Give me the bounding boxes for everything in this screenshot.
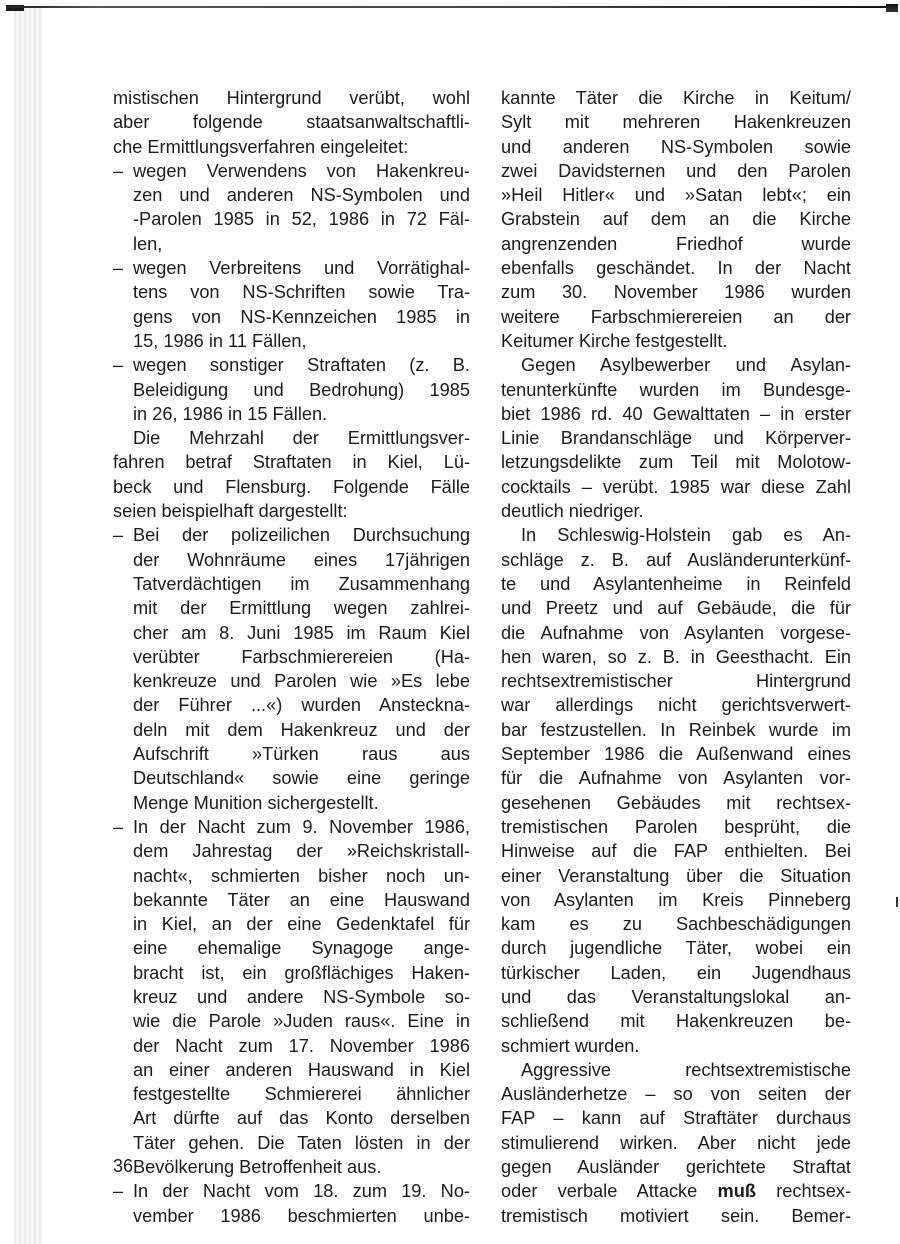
scan-edge-mark-right <box>886 4 898 12</box>
list-dash: – <box>113 159 123 183</box>
text-line: der Nacht zum 17. November 1986 <box>113 1034 470 1058</box>
text-line: festgestellte Schmiererei ähnlicher <box>113 1082 470 1106</box>
text-line: Sylt mit mehreren Hakenkreuzen <box>501 110 851 134</box>
text-line: September 1986 die Außenwand eines <box>501 742 851 766</box>
text-line: bracht ist, ein großflächiges Haken- <box>113 961 470 985</box>
text-line: letzungsdelikte zum Teil mit Molotow- <box>501 450 851 474</box>
text-line: bar festzustellen. In Reinbek wurde im <box>501 718 851 742</box>
list-dash: – <box>113 815 123 839</box>
text-line: len, <box>113 232 470 256</box>
text-line: Beleidigung und Bedrohung) 1985 <box>113 378 470 402</box>
text-line: Ausländerhetze – so von seiten der <box>501 1082 851 1106</box>
text-line: gens von NS-Kennzeichen 1985 in <box>113 305 470 329</box>
text-line: bekannte Täter an eine Hauswand <box>113 888 470 912</box>
text-line: Deutschland« sowie eine geringe <box>113 766 470 790</box>
text-line: der Wohnräume eines 17jährigen <box>113 548 470 572</box>
text-line: in 26, 1986 in 15 Fällen. <box>113 402 470 426</box>
text-line: deutlich niedriger. <box>501 499 851 523</box>
text-line: zwei Davidsternen und den Parolen <box>501 159 851 183</box>
text-line: Art dürfte auf das Konto derselben <box>113 1106 470 1130</box>
text-line: gesehenen Gebäudes mit rechtsex- <box>501 791 851 815</box>
text-line: –Bei der polizeilichen Durchsuchung <box>113 523 470 547</box>
list-dash: – <box>113 523 123 547</box>
text-line: zum 30. November 1986 wurden <box>501 280 851 304</box>
text-line: biet 1986 rd. 40 Gewalttaten – in erster <box>501 402 851 426</box>
right-text-column: kannte Täter die Kirche in Keitum/Sylt m… <box>501 86 851 1228</box>
text-line: cocktails – verübt. 1985 war diese Zahl <box>501 475 851 499</box>
text-line: nacht«, schmierten bisher noch un- <box>113 864 470 888</box>
text-line: stimulierend wirken. Aber nicht jede <box>501 1131 851 1155</box>
list-dash: – <box>113 1179 123 1203</box>
text-line: –In der Nacht vom 18. zum 19. No- <box>113 1179 470 1203</box>
text-line: durch jugendliche Täter, wobei ein <box>501 936 851 960</box>
left-text-column: mistischen Hintergrund verübt, wohlaber … <box>113 86 470 1228</box>
text-line: und anderen NS-Symbolen sowie <box>501 135 851 159</box>
text-line: Aggressive rechtsextremistische <box>501 1058 851 1082</box>
page-number: 36 <box>113 1156 133 1177</box>
page-top-edge <box>8 6 898 8</box>
text-line: In Schleswig-Holstein gab es An- <box>501 523 851 547</box>
text-line: angrenzenden Friedhof wurde <box>501 232 851 256</box>
text-line: Keitumer Kirche festgestellt. <box>501 329 851 353</box>
text-line: oder verbale Attacke muß rechtsex- <box>501 1179 851 1203</box>
text-line: FAP – kann auf Straftäter durchaus <box>501 1106 851 1130</box>
text-line: war allerdings nicht gerichtsverwert- <box>501 693 851 717</box>
text-line: schmiert wurden. <box>501 1034 851 1058</box>
text-line: Bevölkerung Betroffenheit aus. <box>113 1155 470 1179</box>
text-line: fahren betraf Straftaten in Kiel, Lü- <box>113 450 470 474</box>
text-line: an einer anderen Hauswand in Kiel <box>113 1058 470 1082</box>
binding-gutter-shadow <box>14 8 42 1244</box>
text-line: –wegen Verbreitens und Vorrätighal- <box>113 256 470 280</box>
text-line: kenkreuze und Parolen wie »Es lebe <box>113 669 470 693</box>
text-line: gegen Ausländer gerichtete Straftat <box>501 1155 851 1179</box>
list-dash: – <box>113 353 123 377</box>
text-line: mit der Ermittlung wegen zahlrei- <box>113 596 470 620</box>
text-line: schließend mit Hakenkreuzen be- <box>501 1009 851 1033</box>
list-dash: – <box>113 256 123 280</box>
text-line: Die Mehrzahl der Ermittlungsver- <box>113 426 470 450</box>
emphasis-text: muß <box>718 1181 756 1201</box>
text-line: aber folgende staatsanwaltschaftli- <box>113 110 470 134</box>
text-line: seien beispielhaft dargestellt: <box>113 499 470 523</box>
text-line: Aufschrift »Türken raus aus <box>113 742 470 766</box>
text-line: für die Aufnahme von Asylanten vor- <box>501 766 851 790</box>
text-line: –In der Nacht zum 9. November 1986, <box>113 815 470 839</box>
text-line: türkischer Laden, ein Jugendhaus <box>501 961 851 985</box>
text-line: –wegen sonstiger Straftaten (z. B. <box>113 353 470 377</box>
text-line: »Heil Hitler« und »Satan lebt«; ein <box>501 183 851 207</box>
text-line: von Asylanten im Kreis Pinneberg <box>501 888 851 912</box>
text-line: -Parolen 1985 in 52, 1986 in 72 Fäl- <box>113 207 470 231</box>
text-line: Tatverdächtigen im Zusammenhang <box>113 572 470 596</box>
text-line: wie die Parole »Juden raus«. Eine in <box>113 1009 470 1033</box>
text-line: zen und anderen NS-Symbolen und <box>113 183 470 207</box>
scan-speck <box>896 897 898 907</box>
text-line: Linie Brandanschläge und Körperver- <box>501 426 851 450</box>
text-line: tremistisch motiviert sein. Bemer- <box>501 1204 851 1228</box>
text-line: tremistischen Parolen besprüht, die <box>501 815 851 839</box>
text-line: beck und Flensburg. Folgende Fälle <box>113 475 470 499</box>
text-line: mistischen Hintergrund verübt, wohl <box>113 86 470 110</box>
text-line: schläge z. B. auf Ausländerunterkünf- <box>501 548 851 572</box>
text-line: kreuz und andere NS-Symbole so- <box>113 985 470 1009</box>
text-line: verübter Farbschmierereien (Ha- <box>113 645 470 669</box>
text-line: kam es zu Sachbeschädigungen <box>501 912 851 936</box>
text-line: Täter gehen. Die Taten lösten in der <box>113 1131 470 1155</box>
text-line: der Führer ...«) wurden Ansteckna- <box>113 693 470 717</box>
text-line: eine ehemalige Synagoge ange- <box>113 936 470 960</box>
text-line: tenunterkünfte wurden im Bundesge- <box>501 378 851 402</box>
text-line: und das Veranstaltungslokal an- <box>501 985 851 1009</box>
text-line: weitere Farbschmierereien an der <box>501 305 851 329</box>
text-line: und Preetz und auf Gebäude, die für <box>501 596 851 620</box>
text-line: 15, 1986 in 11 Fällen, <box>113 329 470 353</box>
text-line: kannte Täter die Kirche in Keitum/ <box>501 86 851 110</box>
text-line: Grabstein auf dem an die Kirche <box>501 207 851 231</box>
text-line: die Aufnahme von Asylanten vorgese- <box>501 621 851 645</box>
text-line: ebenfalls geschändet. In der Nacht <box>501 256 851 280</box>
text-line: che Ermittlungsverfahren eingeleitet: <box>113 135 470 159</box>
text-line: te und Asylantenheime in Reinfeld <box>501 572 851 596</box>
text-line: in Kiel, an der eine Gedenktafel für <box>113 912 470 936</box>
text-line: –wegen Verwendens von Hakenkreu- <box>113 159 470 183</box>
text-line: hen waren, so z. B. in Geesthacht. Ein <box>501 645 851 669</box>
text-line: Gegen Asylbewerber und Asylan- <box>501 353 851 377</box>
text-line: deln mit dem Hakenkreuz und der <box>113 718 470 742</box>
text-line: Menge Munition sichergestellt. <box>113 791 470 815</box>
text-line: rechtsextremistischer Hintergrund <box>501 669 851 693</box>
text-line: einer Veranstaltung über die Situation <box>501 864 851 888</box>
text-line: tens von NS-Schriften sowie Tra- <box>113 280 470 304</box>
text-line: Hinweise auf die FAP enthielten. Bei <box>501 839 851 863</box>
text-line: vember 1986 beschmierten unbe- <box>113 1204 470 1228</box>
text-line: cher am 8. Juni 1985 im Raum Kiel <box>113 621 470 645</box>
text-line: dem Jahrestag der »Reichskristall- <box>113 839 470 863</box>
